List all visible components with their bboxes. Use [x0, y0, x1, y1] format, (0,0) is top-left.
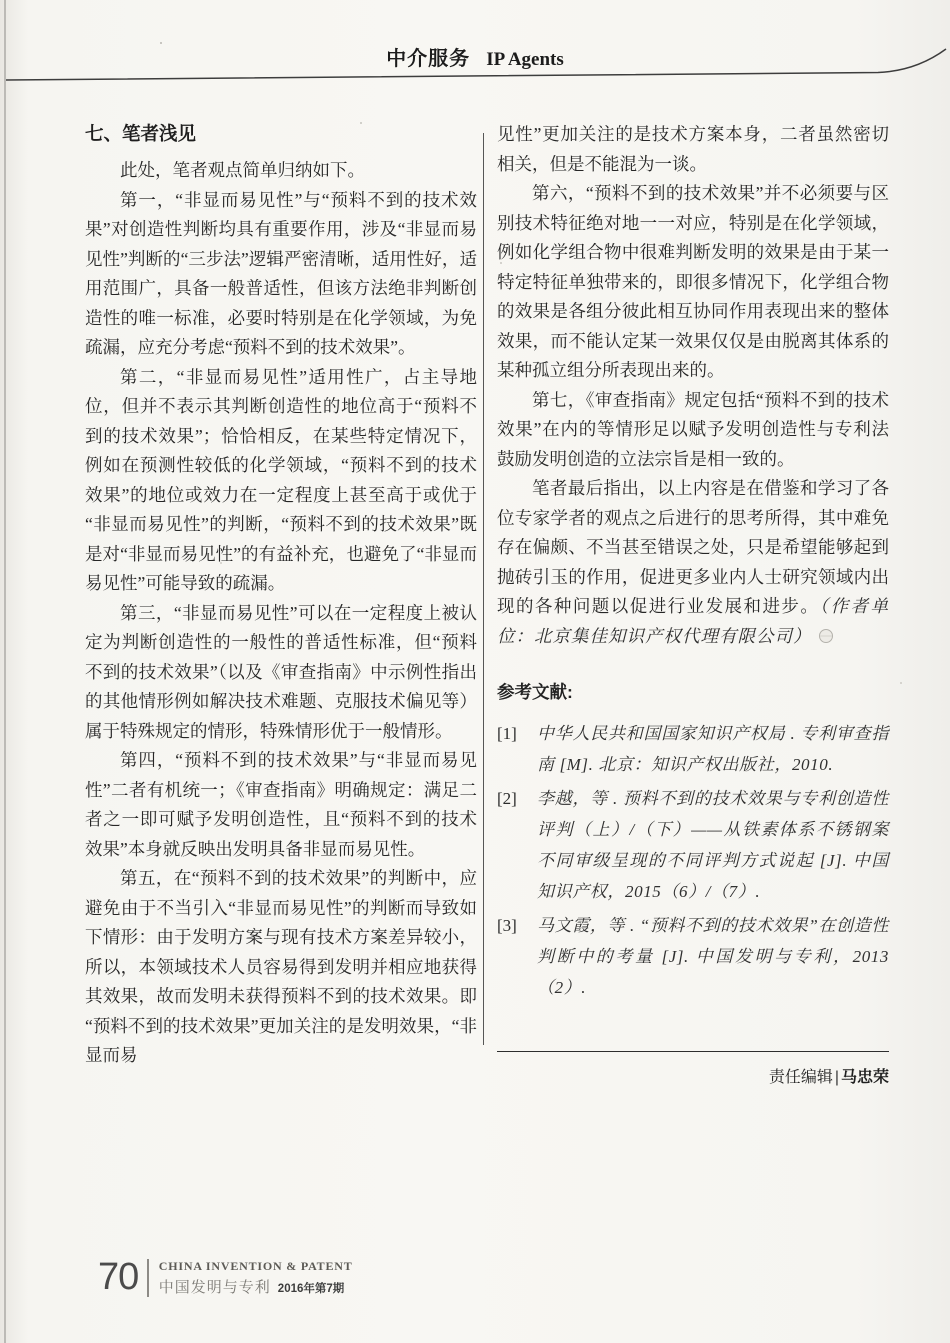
scan-left-edge: [4, 0, 6, 1343]
reference-item: [1]中华人民共和国国家知识产权局 . 专利审查指南 [M]. 北京：知识产权出…: [497, 718, 889, 780]
reference-text: 马文霞，等 . “预料不到的技术效果”在创造性判断中的考量 [J]. 中国发明与…: [537, 916, 889, 997]
right-column: 见性”更加关注的是技术方案本身，二者虽然密切相关，但是不能混为一谈。 第六，“预…: [497, 120, 889, 1087]
reference-text: 李越，等 . 预料不到的技术效果与专利创造性评判（上）/（下）——从铁素体系不锈…: [537, 789, 889, 901]
references-section: 参考文献: [1]中华人民共和国国家知识产权局 . 专利审查指南 [M]. 北京…: [497, 679, 889, 1003]
left-column: 七、笔者浅见 此处，笔者观点简单归纳如下。 第一，“非显而易见性”与“预料不到的…: [85, 120, 477, 1071]
section-heading: 七、笔者浅见: [85, 120, 477, 146]
journal-name-en: CHINA INVENTION & PATENT: [159, 1259, 353, 1274]
paragraph: 第六，“预料不到的技术效果”并不必须要与区别技术特征绝对地一一对应，特别是在化学…: [497, 179, 889, 386]
scanned-magazine-page: { "header": { "section_cn": "中介服务", "sec…: [0, 0, 950, 1343]
reference-item: [2]李越，等 . 预料不到的技术效果与专利创造性评判（上）/（下）——从铁素体…: [497, 783, 889, 907]
reference-item: [3]马文霞，等 . “预料不到的技术效果”在创造性判断中的考量 [J]. 中国…: [497, 910, 889, 1003]
journal-issue: 2016年第7期: [278, 1280, 344, 1296]
editor-separator: |: [835, 1069, 839, 1086]
closing-paragraph: 笔者最后指出，以上内容是在借鉴和学习了各位专家学者的观点之后进行的思考所得，其中…: [497, 474, 889, 651]
editor-name: 马忠荣: [841, 1069, 889, 1086]
reference-label: [1]: [497, 718, 517, 749]
page-number: 70: [98, 1256, 138, 1299]
footer-divider: [147, 1259, 149, 1297]
reference-label: [3]: [497, 910, 517, 941]
editor-rule: [497, 1051, 889, 1052]
column-divider: [483, 133, 484, 1045]
journal-name-cn: 中国发明与专利: [159, 1276, 271, 1297]
header-rule: [0, 0, 950, 95]
end-of-article-icon: [819, 629, 833, 643]
page-footer: 70 CHINA INVENTION & PATENT 中国发明与专利 2016…: [98, 1256, 353, 1299]
paragraph-continuation: 见性”更加关注的是技术方案本身，二者虽然密切相关，但是不能混为一谈。: [497, 120, 889, 179]
paragraph: 第七，《审查指南》规定包括“预料不到的技术效果”在内的等情形足以赋予发明创造性与…: [497, 386, 889, 475]
editor-label: 责任编辑: [769, 1069, 833, 1086]
journal-identity: CHINA INVENTION & PATENT 中国发明与专利 2016年第7…: [159, 1259, 353, 1297]
reference-text: 中华人民共和国国家知识产权局 . 专利审查指南 [M]. 北京：知识产权出版社，…: [537, 724, 889, 774]
paragraph: 第四，“预料不到的技术效果”与“非显而易见性”二者有机统一；《审查指南》明确规定…: [85, 746, 477, 864]
reference-label: [2]: [497, 783, 517, 814]
paragraph: 此处，笔者观点简单归纳如下。: [85, 156, 477, 186]
paragraph: 第一，“非显而易见性”与“预料不到的技术效果”对创造性判断均具有重要作用，涉及“…: [85, 186, 477, 363]
responsible-editor: 责任编辑|马忠荣: [497, 1064, 889, 1087]
references-heading: 参考文献:: [497, 679, 889, 704]
paragraph: 第三，“非显而易见性”可以在一定程度上被认定为判断创造性的一般性的普适性标准，但…: [85, 599, 477, 747]
paragraph: 第五，在“预料不到的技术效果”的判断中，应避免由于不当引入“非显而易见性”的判断…: [85, 864, 477, 1071]
paragraph: 第二，“非显而易见性”适用性广，占主导地位，但并不表示其判断创造性的地位高于“预…: [85, 363, 477, 599]
